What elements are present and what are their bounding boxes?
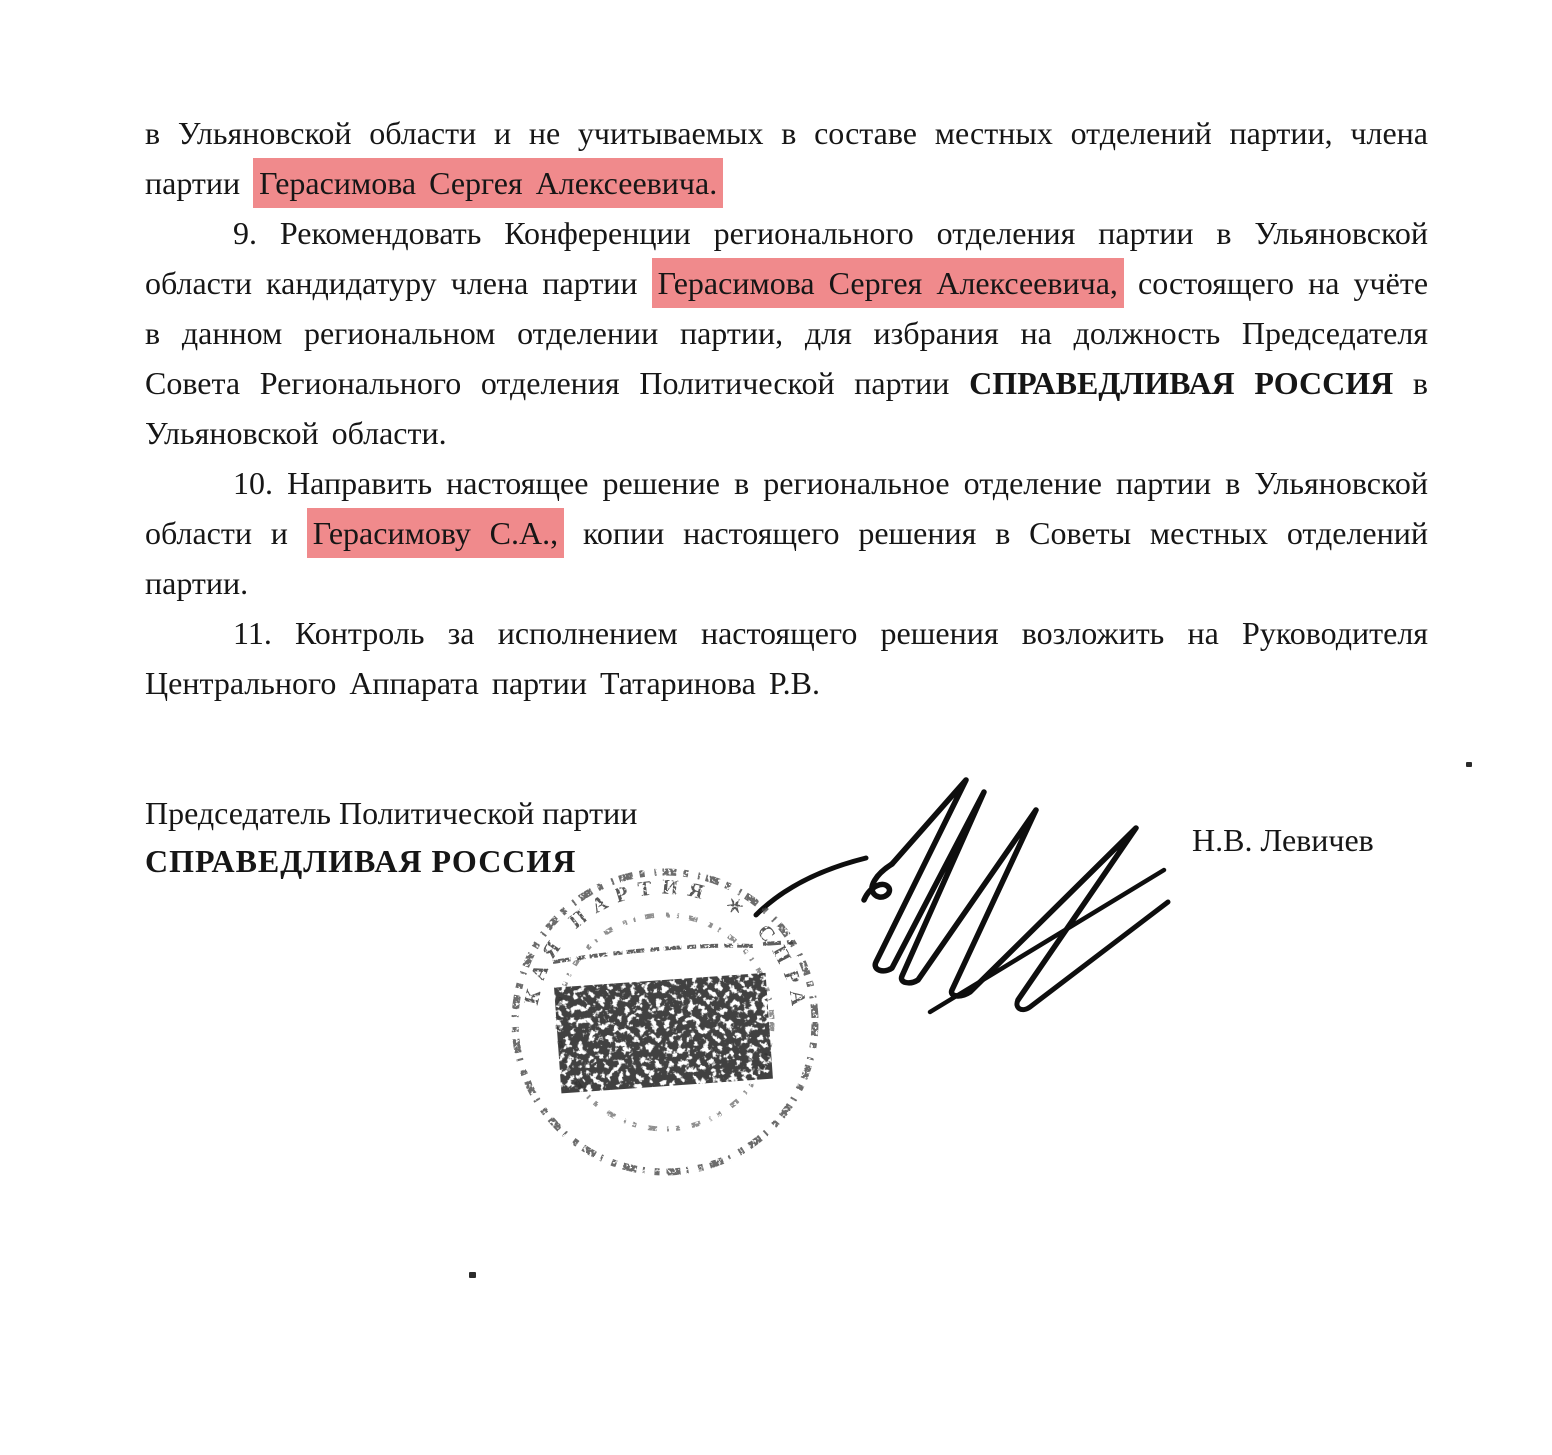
document-paragraphs: в Ульяновской области и не учитываемых в…: [145, 108, 1428, 708]
paragraph-2: 9. Рекомендовать Конференции регионально…: [145, 208, 1428, 458]
scanned-document-page: в Ульяновской области и не учитываемых в…: [0, 0, 1552, 1455]
paragraph-4: 11. Контроль за исполнением настоящего р…: [145, 608, 1428, 708]
text-segment: 11. Контроль за исполнением настоящего р…: [145, 615, 1428, 701]
highlighted-name: Герасимову С.А.,: [307, 508, 564, 558]
ink-speck: [469, 1272, 476, 1278]
signer-name: Н.В. Левичев: [1192, 822, 1374, 859]
stamp-center-smudge: [554, 973, 773, 1094]
round-stamp: КАЯ ПАРТИЯ ✶ СПРАВЕ: [495, 856, 840, 1196]
paragraph-1: в Ульяновской области и не учитываемых в…: [145, 108, 1428, 208]
paragraph-3: 10. Направить настоящее решение в регион…: [145, 458, 1428, 608]
highlighted-name: Герасимова Сергея Алексеевича.: [253, 158, 723, 208]
highlighted-name: Герасимова Сергея Алексеевича,: [652, 258, 1124, 308]
signature-title-line1: Председатель Политической партии: [145, 789, 637, 837]
text-segment: СПРАВЕДЛИВАЯ РОССИЯ: [969, 365, 1393, 401]
ink-speck: [1466, 762, 1472, 767]
